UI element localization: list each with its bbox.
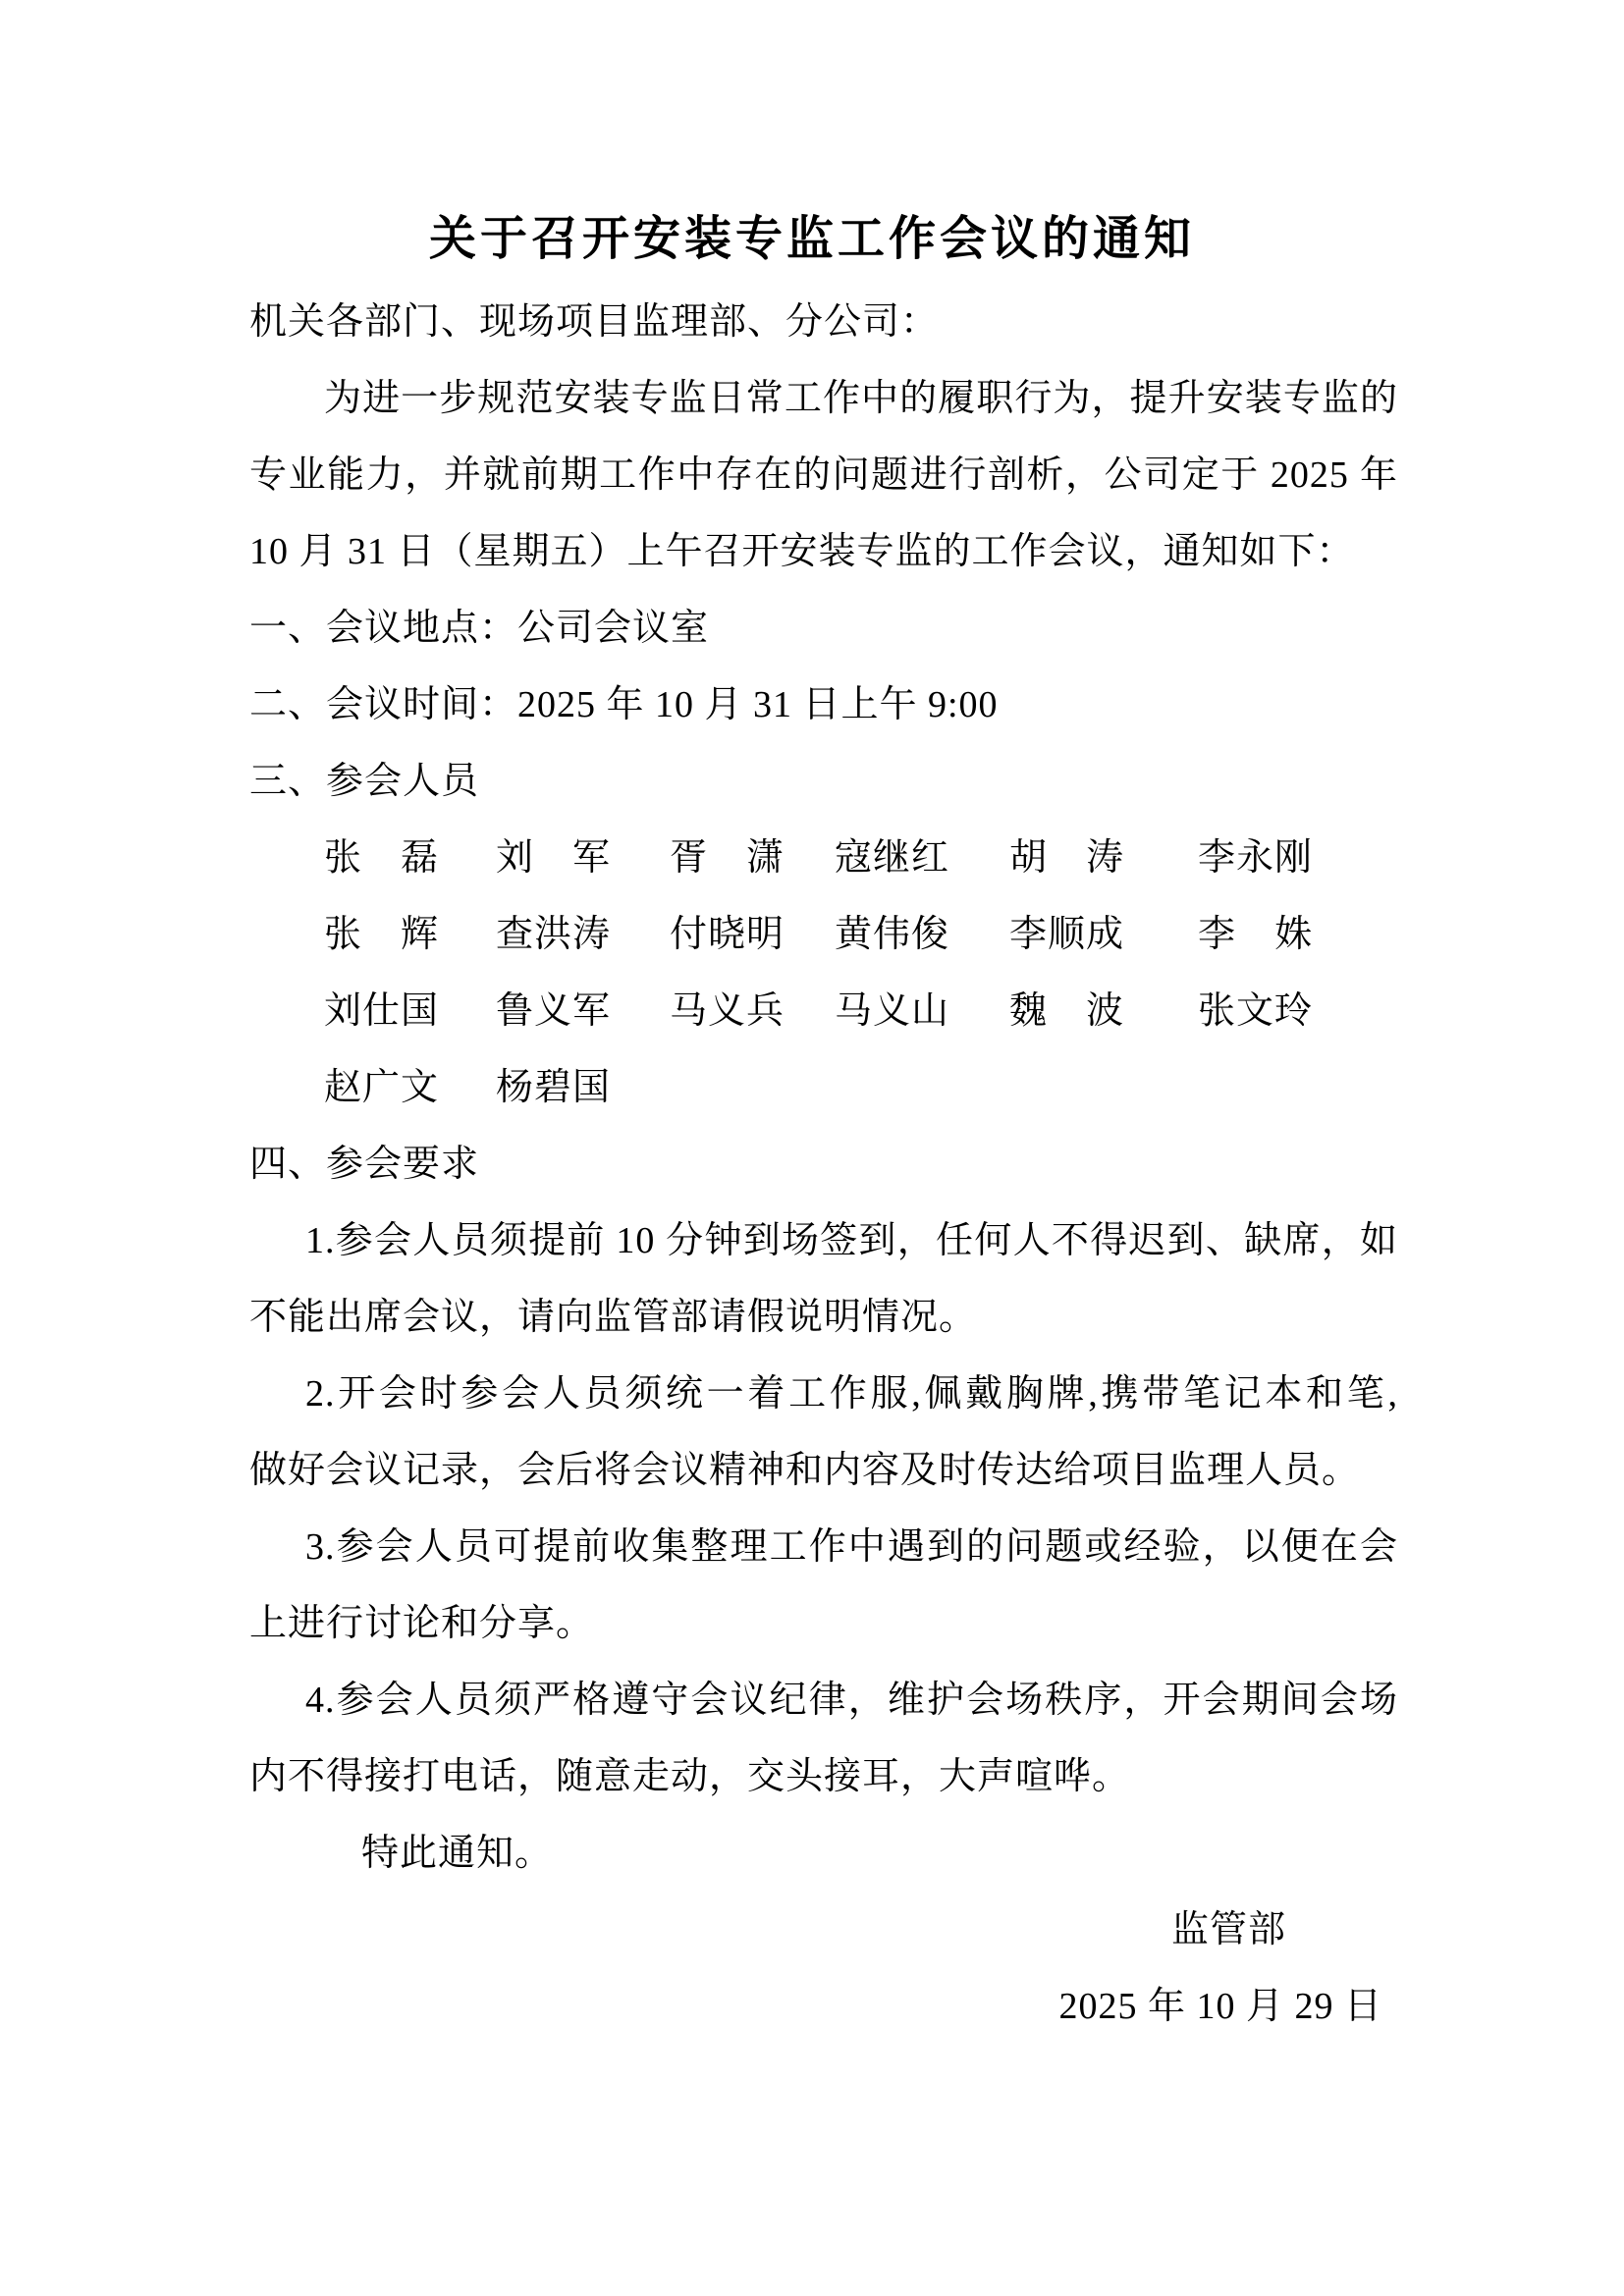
attendee-name: 刘仕国: [324, 973, 496, 1049]
attendee-list-section: 张 磊刘 军胥 潇寇继红胡 涛李永刚张 辉查洪涛付晓明黄伟俊李顺成李 姝刘仕国鲁…: [249, 820, 1398, 1126]
text-line: 2.开会时参会人员须统一着工作服,佩戴胸牌,携带笔记本和笔,: [249, 1356, 1398, 1432]
text-line: 做好会议记录，会后将会议精神和内容及时传达给项目监理人员。: [249, 1432, 1398, 1509]
attendee-name: 马义兵: [670, 973, 835, 1049]
text-line: 10 月 31 日（星期五）上午召开安装专监的工作会议，通知如下：: [249, 513, 1398, 590]
attendee-name: 李永刚: [1198, 820, 1398, 896]
text-line: 4.参会人员须严格遵守会议纪律，维护会场秩序，开会期间会场: [249, 1662, 1398, 1738]
attendee-row: 刘仕国鲁义军马义兵马义山魏 波张文玲: [324, 973, 1398, 1049]
document-title: 关于召开安装专监工作会议的通知: [0, 195, 1624, 284]
attendee-row: 张 磊刘 军胥 潇寇继红胡 涛李永刚: [324, 820, 1398, 896]
attendee-row: 赵广文杨碧国: [324, 1049, 1398, 1126]
text-line: 1.参会人员须提前 10 分钟到场签到，任何人不得迟到、缺席，如: [249, 1202, 1398, 1279]
text-line: 专业能力，并就前期工作中存在的问题进行剖析，公司定于 2025 年: [249, 437, 1398, 513]
text-line: 上进行讨论和分享。: [249, 1585, 1398, 1662]
attendee-name: 李 姝: [1198, 896, 1398, 973]
text-line: 为进一步规范安装专监日常工作中的履职行为，提升安装专监的: [249, 360, 1398, 437]
attendee-name: 付晓明: [670, 896, 835, 973]
text-line: 机关各部门、现场项目监理部、分公司：: [249, 284, 1398, 360]
attendee-name: 胡 涛: [1009, 820, 1198, 896]
attendee-name: 刘 军: [496, 820, 670, 896]
attendee-name: 寇继红: [835, 820, 1009, 896]
attendee-name: 杨碧国: [496, 1049, 670, 1126]
attendee-name: 胥 潇: [670, 820, 835, 896]
attendee-name: 鲁义军: [496, 973, 670, 1049]
attendee-row: 张 辉查洪涛付晓明黄伟俊李顺成李 姝: [324, 896, 1398, 973]
notice-document: 关于召开安装专监工作会议的通知 机关各部门、现场项目监理部、分公司：为进一步规范…: [0, 0, 1624, 2296]
attendee-name: 张 磊: [324, 820, 496, 896]
attendee-name: 马义山: [835, 973, 1009, 1049]
text-line: 二、会议时间：2025 年 10 月 31 日上午 9:00: [249, 667, 1398, 743]
text-line: 三、参会人员: [249, 743, 1398, 820]
text-line: 特此通知。: [249, 1815, 1398, 1892]
attendee-name: 李顺成: [1009, 896, 1198, 973]
attendee-name: 张 辉: [324, 896, 496, 973]
text-line: 2025 年 10 月 29 日: [249, 1968, 1398, 2045]
text-line: 内不得接打电话，随意走动，交头接耳，大声喧哗。: [249, 1738, 1398, 1815]
text-line: 一、会议地点：公司会议室: [249, 590, 1398, 667]
text-line: 不能出席会议，请向监管部请假说明情况。: [249, 1279, 1398, 1356]
attendee-name: 黄伟俊: [835, 896, 1009, 973]
attendee-name: 张文玲: [1198, 973, 1398, 1049]
text-line: 3.参会人员可提前收集整理工作中遇到的问题或经验，以便在会: [249, 1509, 1398, 1585]
text-line: 监管部: [249, 1892, 1398, 1968]
attendee-name: 查洪涛: [496, 896, 670, 973]
document-intro-section: 机关各部门、现场项目监理部、分公司：为进一步规范安装专监日常工作中的履职行为，提…: [249, 284, 1398, 820]
attendee-name: 魏 波: [1009, 973, 1198, 1049]
text-line: 四、参会要求: [249, 1126, 1398, 1202]
attendee-name: 赵广文: [324, 1049, 496, 1126]
document-requirements-section: 四、参会要求1.参会人员须提前 10 分钟到场签到，任何人不得迟到、缺席，如不能…: [249, 1126, 1398, 2045]
document-body: 机关各部门、现场项目监理部、分公司：为进一步规范安装专监日常工作中的履职行为，提…: [249, 284, 1398, 2045]
